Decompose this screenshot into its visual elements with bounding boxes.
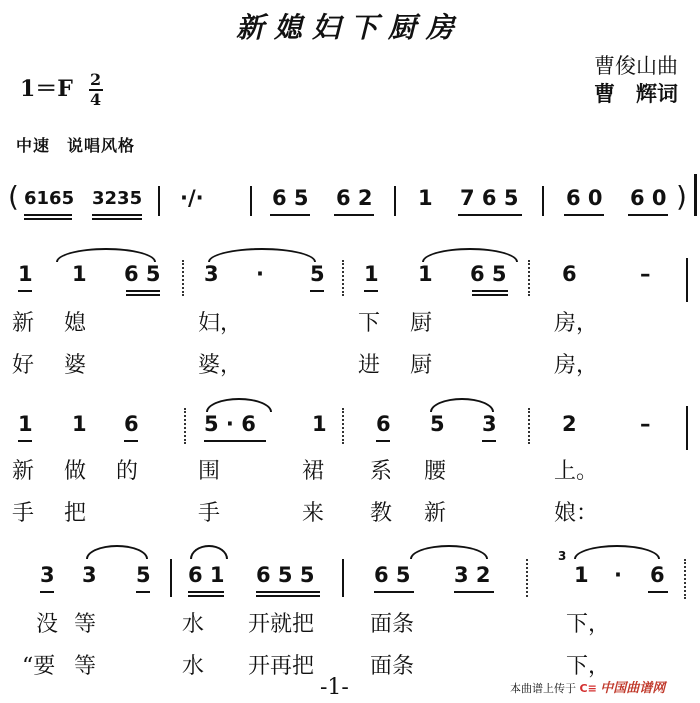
page-number: -1- (320, 675, 349, 700)
note: 1 (72, 412, 87, 436)
lyric: 厨 (410, 348, 432, 379)
lyric: 婆， (198, 348, 242, 379)
note: 1 (574, 563, 589, 587)
note-group: 6 0 (630, 186, 667, 210)
lyric: 水 (182, 649, 204, 680)
lyric: 进 (358, 348, 380, 379)
barline (158, 186, 160, 216)
lyric: 裙 (302, 454, 324, 485)
lyric: 等 (74, 607, 96, 638)
barline (542, 186, 544, 216)
key-signature: 1＝F 2 4 (20, 72, 103, 108)
open-paren: ( (8, 180, 19, 213)
barline (686, 406, 688, 450)
lyric: 面条 (370, 607, 414, 638)
note-group: 6 1 (188, 563, 225, 587)
lyric: 没 (36, 607, 58, 638)
lyric: 下， (566, 607, 610, 638)
tempo-marking: 中速 说唱风格 (16, 133, 135, 156)
barline (526, 559, 528, 597)
intro-line: ( 6165 3235 ·/· 6 5 6 2 1 7 6 5 6 0 6 0 … (0, 182, 700, 222)
lyric: 媳 (64, 306, 86, 337)
note-group: 6165 (24, 188, 74, 209)
note-group: 6 5 5 (256, 563, 314, 587)
lyric: 把 (64, 496, 86, 527)
note-group: 7 6 5 (460, 186, 518, 210)
note-group: 6 5 (124, 262, 161, 286)
lyric: 娘： (554, 496, 598, 527)
note: 6 (124, 412, 139, 436)
lyric: 房， (554, 348, 598, 379)
note: 2 (562, 412, 577, 436)
note: 1 (18, 262, 33, 286)
lyric: 的 (116, 454, 138, 485)
note-group: 6 2 (336, 186, 373, 210)
close-paren: ) (676, 180, 687, 213)
barline (686, 258, 688, 302)
barline (394, 186, 396, 216)
lyric: 下， (566, 649, 610, 680)
lyric: 婆 (64, 348, 86, 379)
lyric: 手 (198, 496, 220, 527)
lyric: 房， (554, 306, 598, 337)
note: 1 (18, 412, 33, 436)
lyric: 上。 (554, 454, 598, 485)
brand-name-link[interactable]: 中国曲谱网 (600, 681, 665, 696)
lyric: 好 (12, 348, 34, 379)
note: 6 (376, 412, 391, 436)
barline (528, 260, 530, 296)
barline (342, 260, 344, 296)
barline (170, 559, 172, 597)
note: 6 (562, 262, 577, 286)
repeat-measure-sign: ·/· (180, 186, 204, 210)
brand-logo-icon: C≡ (580, 682, 597, 695)
lyric: 厨 (410, 306, 432, 337)
lyric: 面条 (370, 649, 414, 680)
lyric: 开再把 (248, 649, 314, 680)
key-label: 1＝F (20, 76, 73, 102)
barline (342, 559, 344, 597)
lyric: 做 (64, 454, 86, 485)
dash: – (640, 412, 651, 436)
barline (250, 186, 252, 216)
note: 3 (204, 262, 219, 286)
end-barline (694, 174, 697, 216)
repeat-barline (684, 559, 686, 599)
note-group: 6 0 (566, 186, 603, 210)
barline (182, 260, 184, 296)
time-denominator: 4 (90, 90, 101, 109)
lyric: 新 (424, 496, 446, 527)
lyric: 教 (370, 496, 392, 527)
lyric: 开就把 (248, 607, 314, 638)
note: 6 (650, 563, 665, 587)
barline (528, 408, 530, 444)
note-group: 6 5 (374, 563, 411, 587)
lyric: 妇， (198, 306, 242, 337)
lyric: “要 (22, 649, 55, 680)
grace-note: 3 (558, 549, 566, 563)
melody-line-3: 3 3 5 6 1 6 5 5 6 5 3 2 3 1 · 6 没 等 水 开就… (0, 545, 700, 675)
dash: – (640, 262, 651, 286)
lyric: 等 (74, 649, 96, 680)
time-signature: 2 4 (89, 72, 103, 108)
lyricist-credit: 曹 辉词 (594, 80, 678, 108)
song-title: 新媳妇下厨房 (0, 6, 700, 46)
upload-footer: 本曲谱上传于 C≡ 中国曲谱网 (510, 677, 665, 696)
note-group: 3235 (92, 188, 142, 209)
lyric: 下 (358, 306, 380, 337)
note: 1 (418, 262, 433, 286)
lyric: 来 (302, 496, 324, 527)
note-group: 5 · 6 (204, 412, 256, 436)
lyric: 手 (12, 496, 34, 527)
barline (342, 408, 344, 444)
lyric: 腰 (424, 454, 446, 485)
note: 5 (136, 563, 151, 587)
note-group: 6 5 (470, 262, 507, 286)
note: 1 (418, 186, 433, 210)
dot: · (256, 262, 264, 286)
melody-line-2: 1 1 6 5 · 6 1 6 5 3 2 – 新 做 的 围 裙 系 腰 上。… (0, 398, 700, 538)
lyric: 水 (182, 607, 204, 638)
note: 3 (40, 563, 55, 587)
time-numerator: 2 (90, 70, 101, 89)
composer-credit: 曹俊山曲 (594, 52, 678, 80)
barline (184, 408, 186, 444)
dot: · (614, 563, 622, 587)
melody-line-1: 1 1 6 5 3 · 5 1 1 6 5 6 – 新 媳 妇， 下 厨 房， … (0, 248, 700, 398)
note: 1 (312, 412, 327, 436)
lyric: 新 (12, 454, 34, 485)
credits: 曹俊山曲 曹 辉词 (594, 52, 678, 108)
note-group: 6 5 (272, 186, 309, 210)
note: 1 (72, 262, 87, 286)
note: 3 (82, 563, 97, 587)
note: 1 (364, 262, 379, 286)
note: 5 (430, 412, 445, 436)
lyric: 新 (12, 306, 34, 337)
note: 3 (482, 412, 497, 436)
note: 5 (310, 262, 325, 286)
note-group: 3 2 (454, 563, 491, 587)
upload-text: 本曲谱上传于 (510, 682, 576, 695)
lyric: 系 (370, 454, 392, 485)
lyric: 围 (198, 454, 220, 485)
